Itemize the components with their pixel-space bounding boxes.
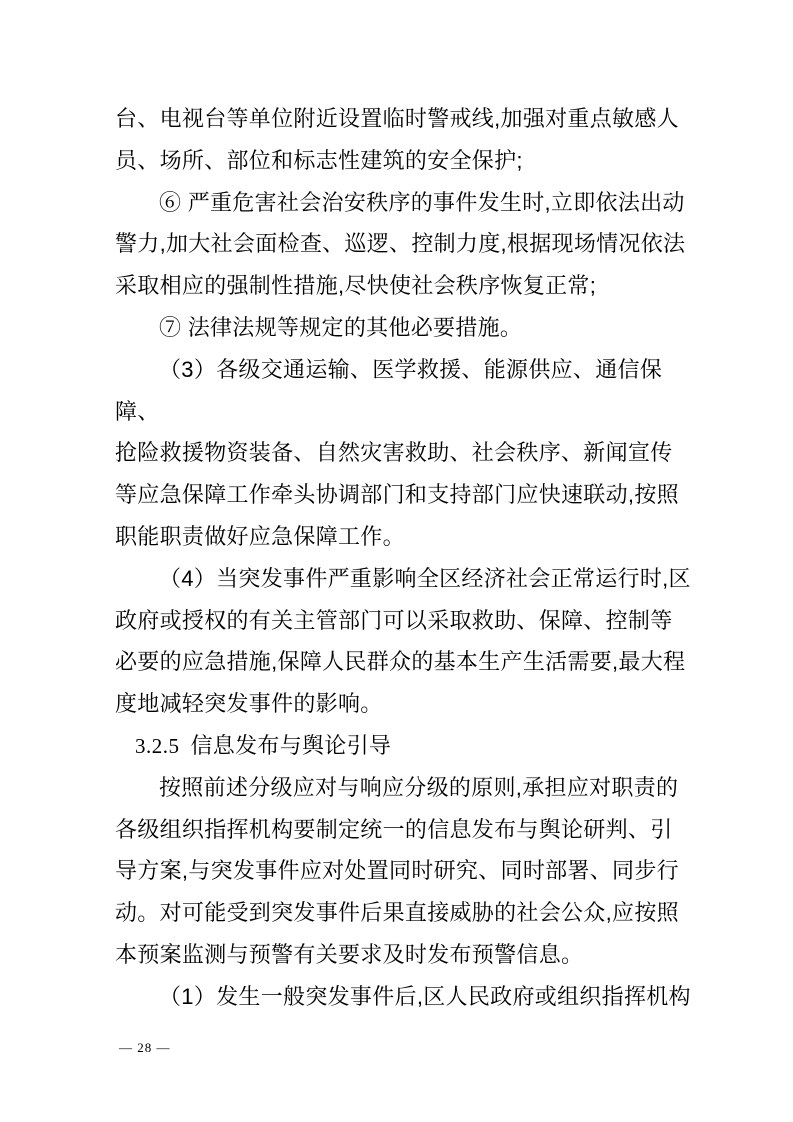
- text-line: 按照前述分级应对与响应分级的原则,承担应对职责的: [115, 767, 682, 809]
- text-line: 采取相应的强制性措施,尽快使社会秩序恢复正常;: [115, 265, 682, 307]
- section-number: 3.2.5: [135, 734, 180, 758]
- text-line: 政府或授权的有关主管部门可以采取救助、保障、控制等: [115, 600, 682, 642]
- text-line: 障、: [115, 391, 682, 433]
- document-body: 台、电视台等单位附近设置临时警戒线,加强对重点敏感人员、场所、部位和标志性建筑的…: [115, 98, 682, 1018]
- text-line: 警力,加大社会面检查、巡逻、控制力度,根据现场情况依法: [115, 223, 682, 265]
- section-title: 信息发布与舆论引导: [191, 733, 392, 758]
- text-line: 台、电视台等单位附近设置临时警戒线,加强对重点敏感人: [115, 98, 682, 140]
- text-line: ⑥ 严重危害社会治安秩序的事件发生时,立即依法出动: [115, 182, 682, 224]
- text-line: 抢险救援物资装备、自然灾害救助、社会秩序、新闻宣传: [115, 432, 682, 474]
- text-line: 本预案监测与预警有关要求及时发布预警信息。: [115, 934, 682, 976]
- document-page: 台、电视台等单位附近设置临时警戒线,加强对重点敏感人员、场所、部位和标志性建筑的…: [0, 0, 793, 1122]
- text-line: （4）当突发事件严重影响全区经济社会正常运行时,区: [115, 558, 682, 600]
- text-line: 导方案,与突发事件应对处置同时研究、同时部署、同步行: [115, 850, 682, 892]
- text-line: 各级组织指挥机构要制定统一的信息发布与舆论研判、引: [115, 809, 682, 851]
- text-line: （3）各级交通运输、医学救援、能源供应、通信保: [115, 349, 682, 391]
- page-number: — 28 —: [119, 1040, 171, 1056]
- text-line: 必要的应急措施,保障人民群众的基本生产生活需要,最大程: [115, 641, 682, 683]
- text-line: 职能职责做好应急保障工作。: [115, 516, 682, 558]
- text-line: （1）发生一般突发事件后,区人民政府或组织指挥机构: [115, 976, 682, 1018]
- text-line: 员、场所、部位和标志性建筑的安全保护;: [115, 140, 682, 182]
- text-line: 动。对可能受到突发事件后果直接威胁的社会公众,应按照: [115, 892, 682, 934]
- section-heading: 3.2.5信息发布与舆论引导: [115, 725, 682, 767]
- text-line: 度地减轻突发事件的影响。: [115, 683, 682, 725]
- text-line: 等应急保障工作牵头协调部门和支持部门应快速联动,按照: [115, 474, 682, 516]
- text-line: ⑦ 法律法规等规定的其他必要措施。: [115, 307, 682, 349]
